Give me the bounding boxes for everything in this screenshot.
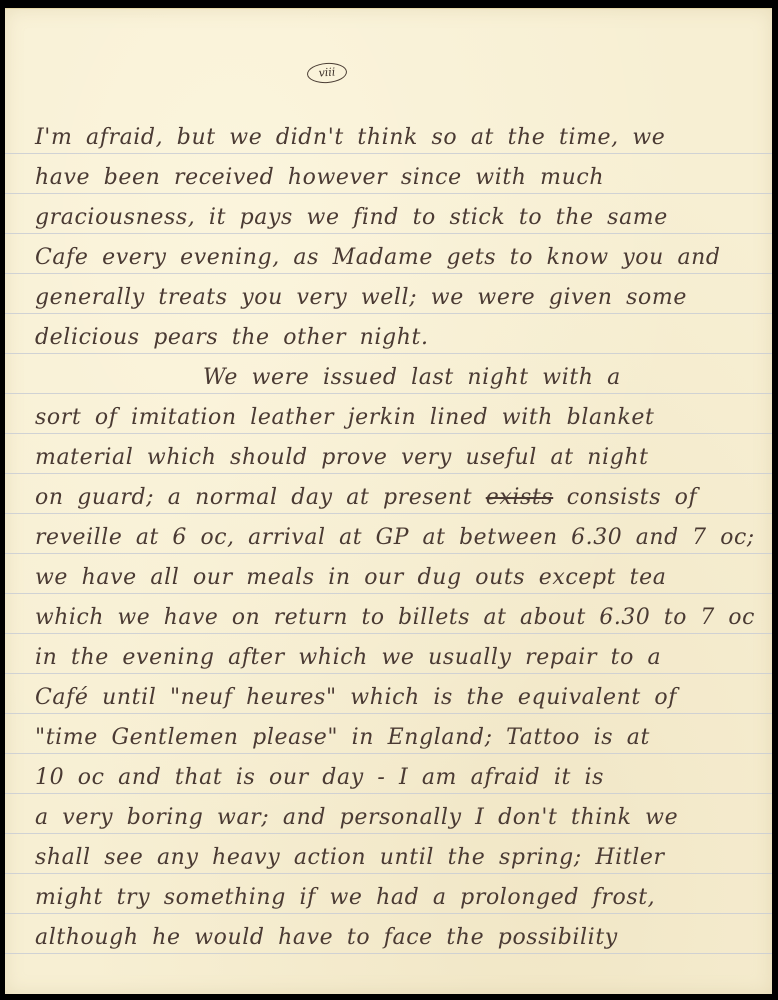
ruled-line [5,793,772,794]
ruled-line [5,873,772,874]
text-line: reveille at 6 oc, arrival at GP at betwe… [35,525,755,550]
text-line: have been received however since with mu… [35,165,604,190]
page-number: viii [306,62,347,85]
ruled-line [5,473,772,474]
ruled-line [5,433,772,434]
ruled-line [5,673,772,674]
text-line: might try something if we had a prolonge… [35,885,655,910]
text-line: graciousness, it pays we find to stick t… [35,205,668,230]
ruled-line [5,393,772,394]
text-segment: on guard; a normal day at present [35,485,486,510]
text-line: in the evening after which we usually re… [35,645,661,670]
ruled-line [5,633,772,634]
ruled-line [5,233,772,234]
ruled-line [5,193,772,194]
ruled-line [5,713,772,714]
ruled-line [5,593,772,594]
text-segment: consists of [553,485,697,510]
text-line: 10 oc and that is our day - I am afraid … [35,765,604,790]
ruled-line [5,353,772,354]
ruled-line [5,953,772,954]
ruled-line [5,153,772,154]
ruled-line [5,273,772,274]
text-line: generally treats you very well; we were … [35,285,687,310]
text-line: a very boring war; and personally I don'… [35,805,678,830]
text-line: Cafe every evening, as Madame gets to kn… [35,245,721,270]
text-line: we have all our meals in our dug outs ex… [35,565,666,590]
text-line: "time Gentlemen please" in England; Tatt… [35,725,650,750]
text-line: I'm afraid, but we didn't think so at th… [35,125,665,150]
text-line: sort of imitation leather jerkin lined w… [35,405,654,430]
text-line: shall see any heavy action until the spr… [35,845,665,870]
text-line-indented: We were issued last night with a [203,365,621,390]
ruled-line [5,753,772,754]
text-line-with-correction: on guard; a normal day at present exists… [35,485,697,510]
letter-page: viii I'm afraid, but we didn't think so … [5,8,772,994]
text-line: although he would have to face the possi… [35,925,618,950]
text-line: delicious pears the other night. [35,325,429,350]
ruled-line [5,513,772,514]
text-line: Café until "neuf heures" which is the eq… [35,685,677,710]
text-line: material which should prove very useful … [35,445,649,470]
ruled-line [5,913,772,914]
ruled-line [5,313,772,314]
text-line: which we have on return to billets at ab… [35,605,755,630]
struck-out-word: exists [486,485,553,510]
ruled-line [5,553,772,554]
ruled-line [5,833,772,834]
